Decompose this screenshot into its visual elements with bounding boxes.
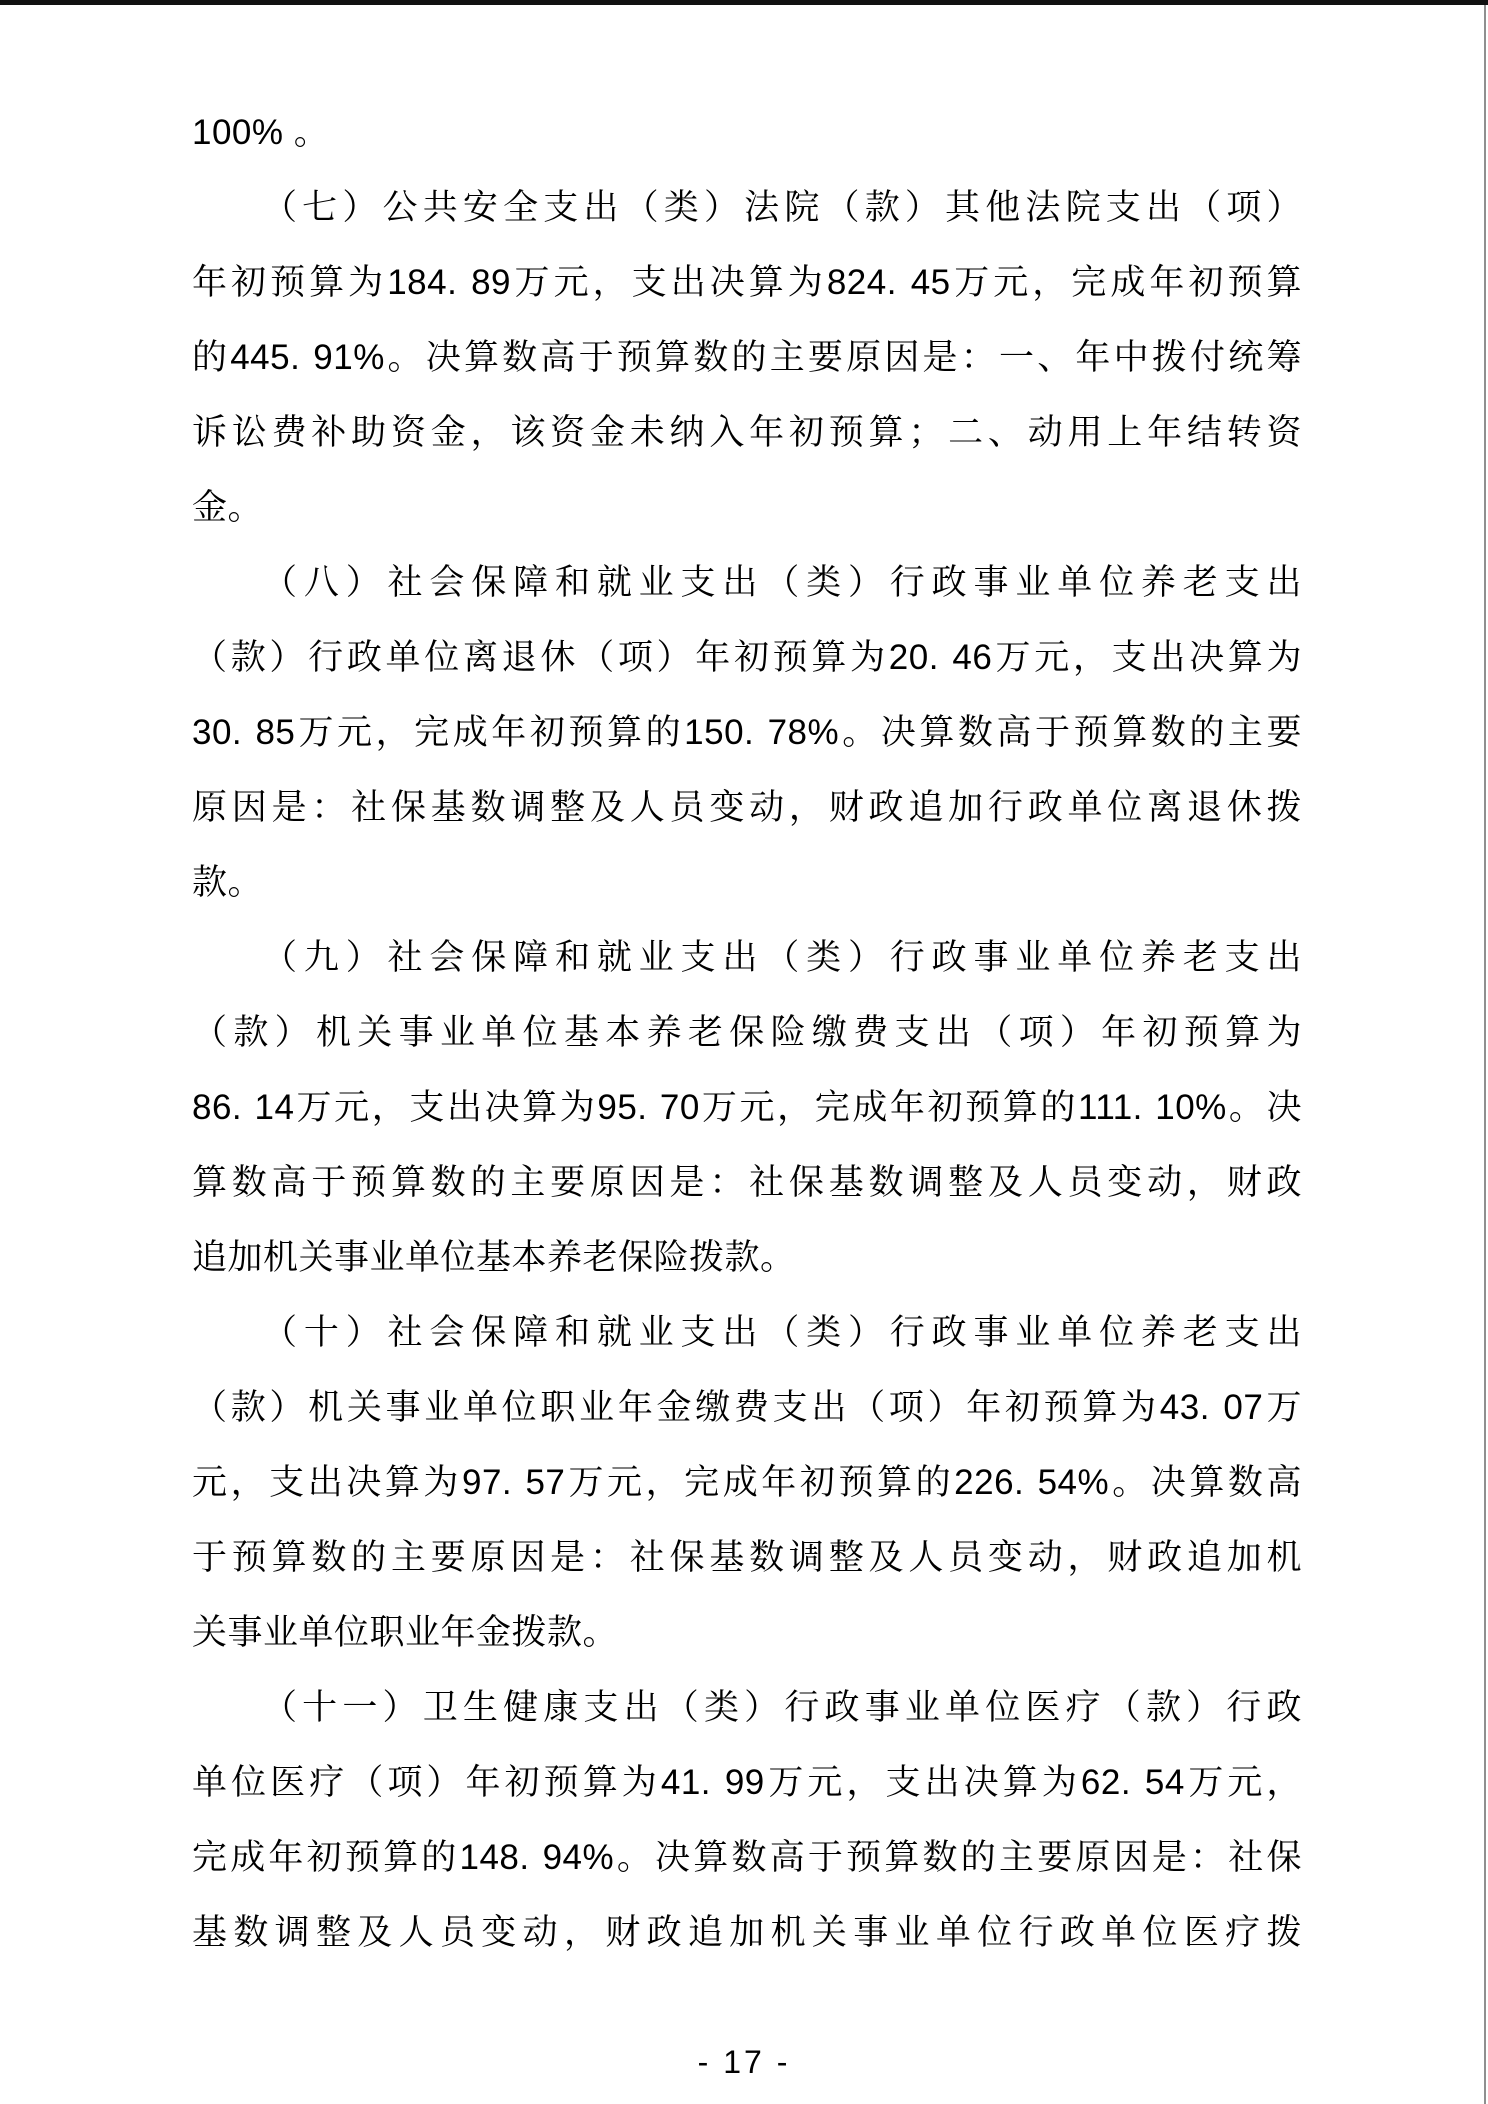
text-line: （七）公共安全支出（类）法院（款）其他法院支出（项）: [192, 170, 1302, 245]
text-line: 追加机关事业单位基本养老保险拨款。: [192, 1220, 1302, 1295]
text-line: 基数调整及人员变动，财政追加机关事业单位行政单位医疗拨: [192, 1895, 1302, 1970]
text-line: （十一）卫生健康支出（类）行政事业单位医疗（款）行政: [192, 1670, 1302, 1745]
page-number: - 17 -: [0, 2040, 1488, 2084]
text-line: 算数高于预算数的主要原因是：社保基数调整及人员变动，财政: [192, 1145, 1302, 1220]
body-text-block: 100% 。（七）公共安全支出（类）法院（款）其他法院支出（项）年初预算为184…: [192, 95, 1302, 1970]
text-line: 86. 14万元，支出决算为95. 70万元，完成年初预算的111. 10%。决: [192, 1070, 1302, 1145]
text-line: 原因是：社保基数调整及人员变动，财政追加行政单位离退休拨: [192, 770, 1302, 845]
document-page: 100% 。（七）公共安全支出（类）法院（款）其他法院支出（项）年初预算为184…: [0, 0, 1488, 2104]
scan-top-edge-bar: [0, 0, 1488, 5]
text-line: （款）行政单位离退休（项）年初预算为20. 46万元，支出决算为: [192, 620, 1302, 695]
text-line: 年初预算为184. 89万元，支出决算为824. 45万元，完成年初预算: [192, 245, 1302, 320]
text-line: 关事业单位职业年金拨款。: [192, 1595, 1302, 1670]
text-line: （八）社会保障和就业支出（类）行政事业单位养老支出: [192, 545, 1302, 620]
text-line: （款）机关事业单位职业年金缴费支出（项）年初预算为43. 07万: [192, 1370, 1302, 1445]
text-line: 诉讼费补助资金，该资金未纳入年初预算；二、动用上年结转资: [192, 395, 1302, 470]
text-line: 于预算数的主要原因是：社保基数调整及人员变动，财政追加机: [192, 1520, 1302, 1595]
text-line: 元，支出决算为97. 57万元，完成年初预算的226. 54%。决算数高: [192, 1445, 1302, 1520]
text-line: 款。: [192, 845, 1302, 920]
text-line: 金。: [192, 470, 1302, 545]
text-line: （九）社会保障和就业支出（类）行政事业单位养老支出: [192, 920, 1302, 995]
text-line: （款）机关事业单位基本养老保险缴费支出（项）年初预算为: [192, 995, 1302, 1070]
text-line: （十）社会保障和就业支出（类）行政事业单位养老支出: [192, 1295, 1302, 1370]
text-line: 30. 85万元，完成年初预算的150. 78%。决算数高于预算数的主要: [192, 695, 1302, 770]
text-line: 完成年初预算的148. 94%。决算数高于预算数的主要原因是：社保: [192, 1820, 1302, 1895]
text-line: 的445. 91%。决算数高于预算数的主要原因是：一、年中拨付统筹: [192, 320, 1302, 395]
scan-right-edge-line: [1484, 5, 1486, 2104]
text-line: 单位医疗（项）年初预算为41. 99万元，支出决算为62. 54万元，: [192, 1745, 1302, 1820]
text-line: 100% 。: [192, 95, 1302, 170]
